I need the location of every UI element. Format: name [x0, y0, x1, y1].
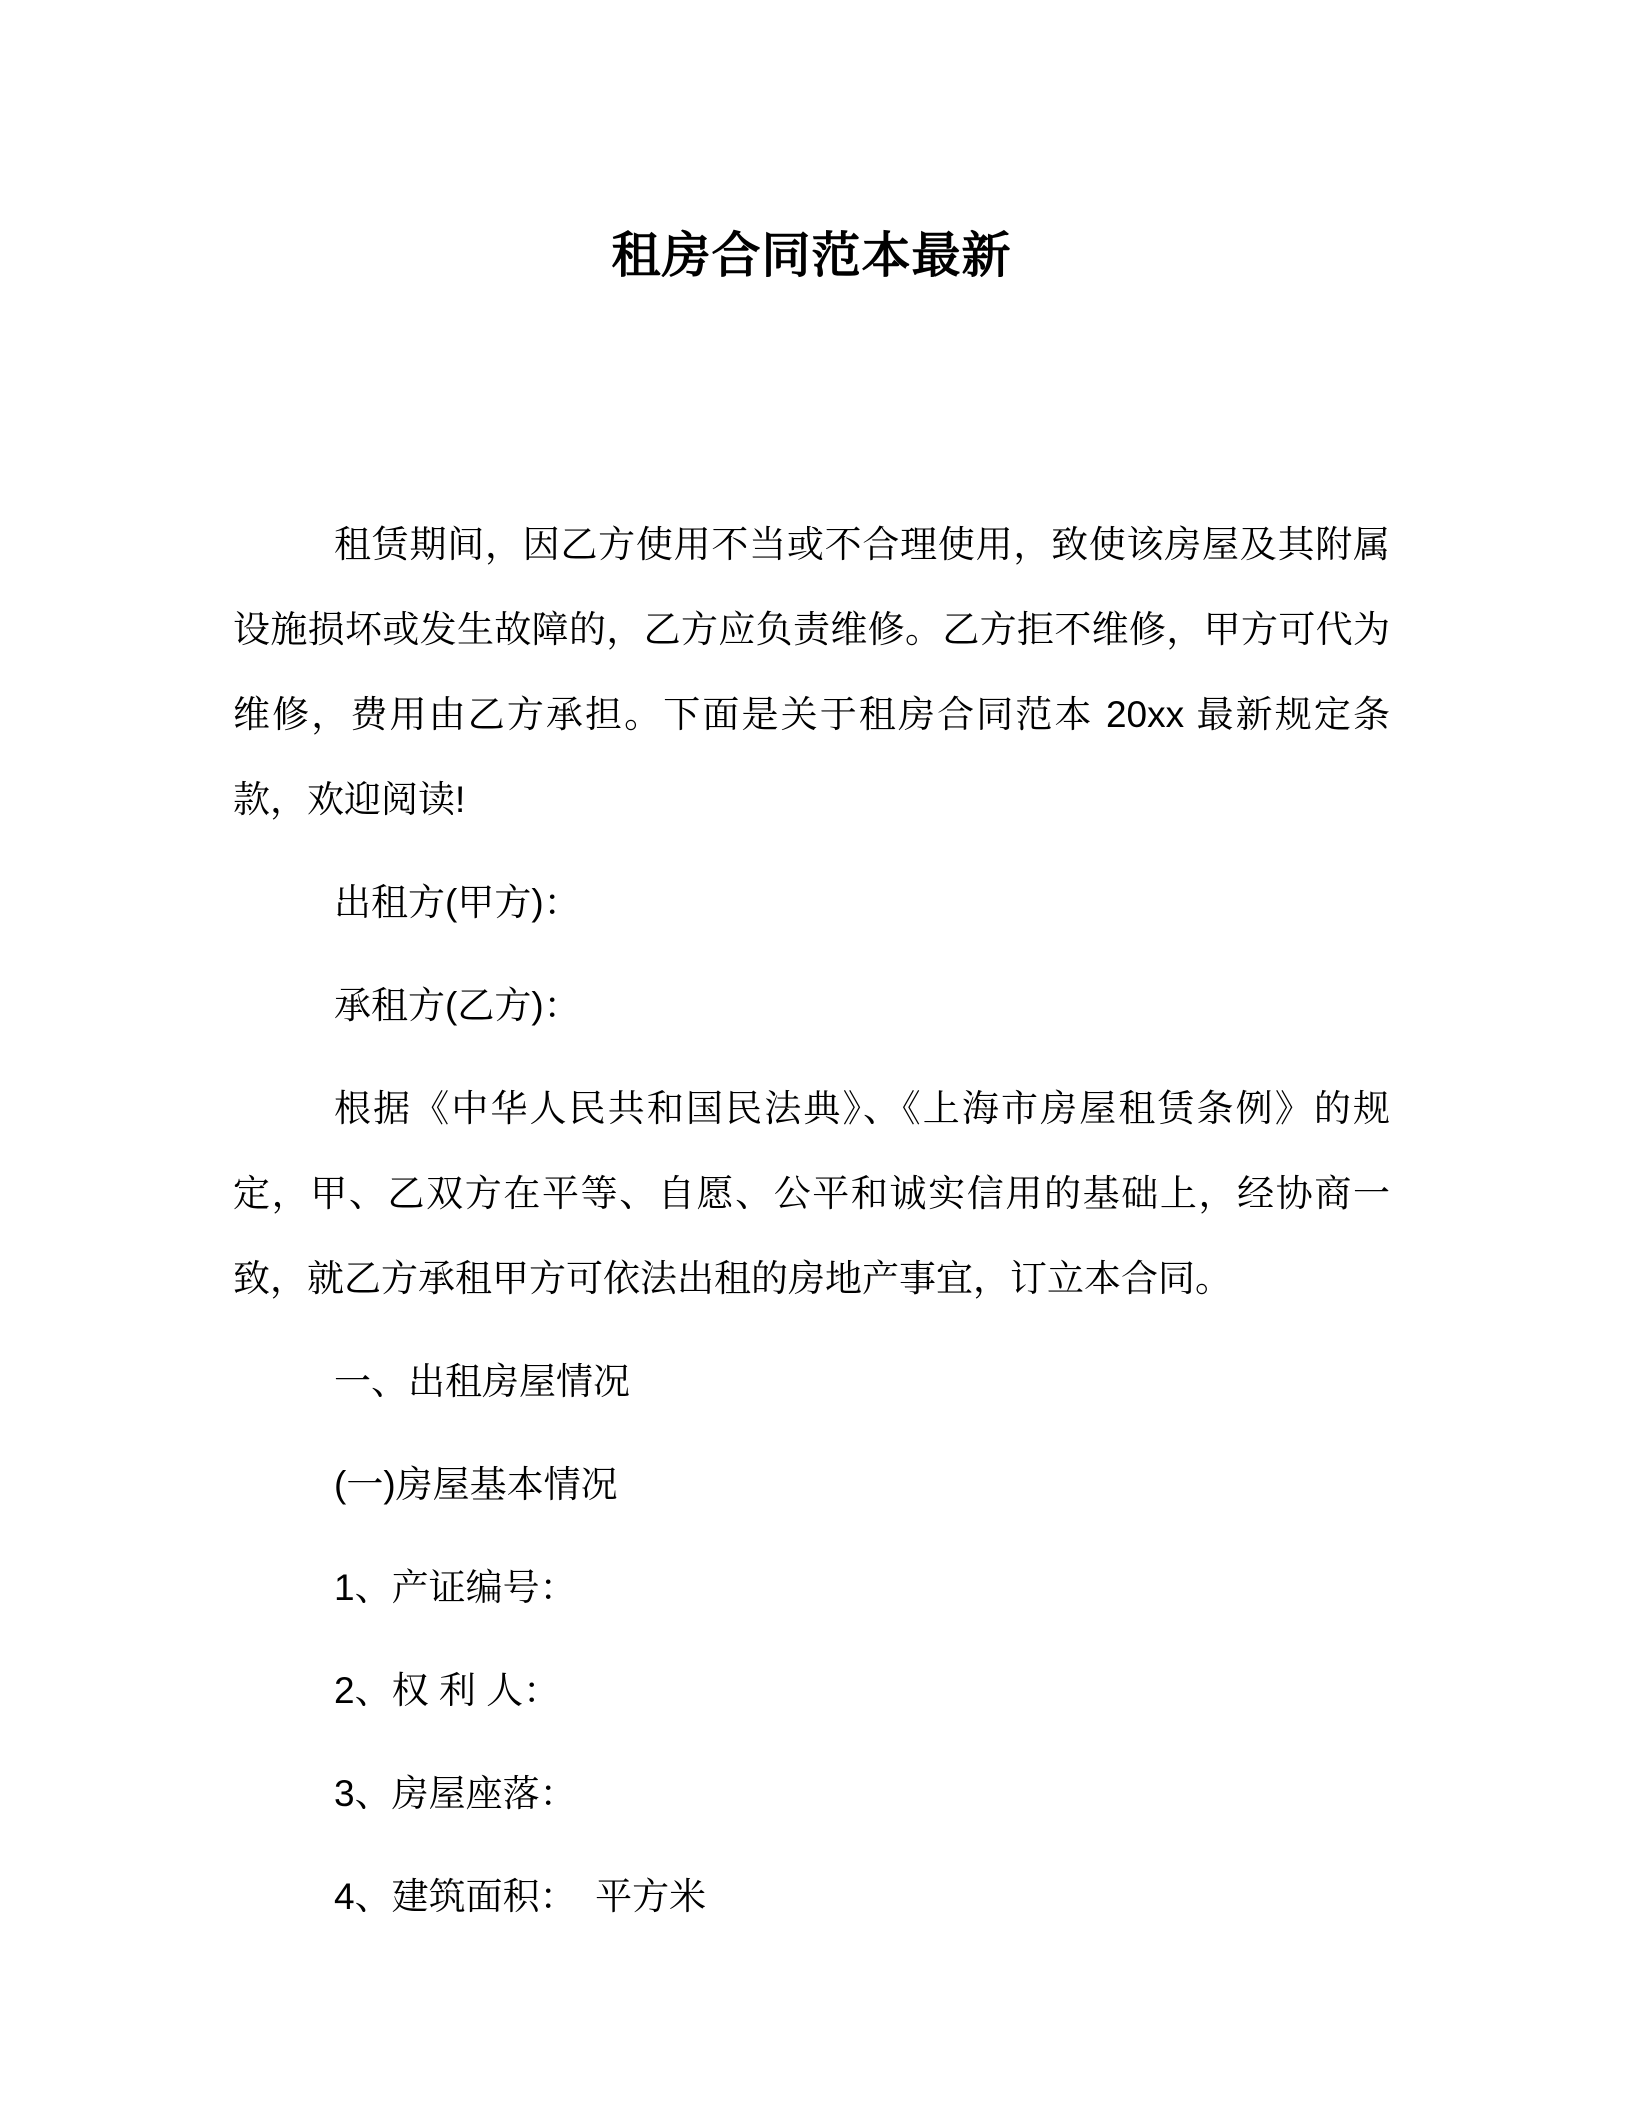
legal-basis-paragraph: 根据《中华人民共和国民法典》、《上海市房屋租赁条例》的规定，甲、乙双方在平等、自…	[233, 1066, 1390, 1321]
party-a-label: 出租方(甲方)：	[233, 860, 1390, 945]
item-right-holder: 2、权 利 人：	[233, 1648, 1390, 1733]
item-certificate-number: 1、产证编号：	[233, 1545, 1390, 1630]
subsection-1-heading: (一)房屋基本情况	[233, 1442, 1390, 1527]
party-b-label: 承租方(乙方)：	[233, 963, 1390, 1048]
item-house-location: 3、房屋座落：	[233, 1751, 1390, 1836]
section-1-heading: 一、出租房屋情况	[233, 1339, 1390, 1424]
document-title: 租房合同范本最新	[233, 226, 1390, 286]
intro-paragraph: 租赁期间，因乙方使用不当或不合理使用，致使该房屋及其附属设施损坏或发生故障的，乙…	[233, 502, 1390, 842]
item-floor-area: 4、建筑面积： 平方米	[233, 1854, 1390, 1939]
document-page: 租房合同范本最新 租赁期间，因乙方使用不当或不合理使用，致使该房屋及其附属设施损…	[0, 0, 1632, 2112]
